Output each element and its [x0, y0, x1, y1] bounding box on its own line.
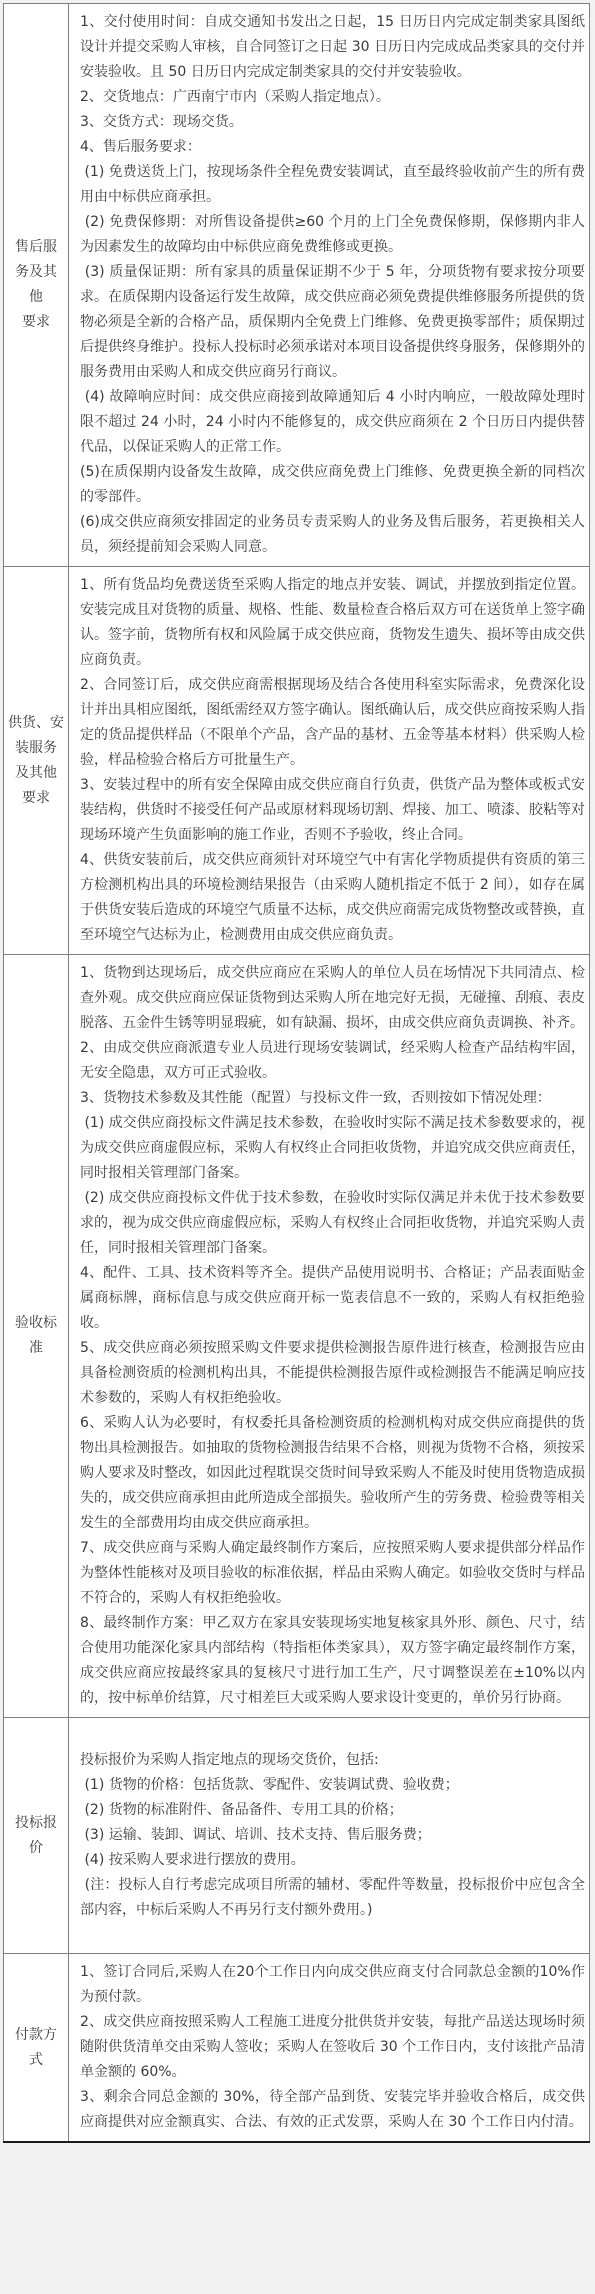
- table-row: 售后服 务及其 他 要求1、交付使用时间：自成交通知书发出之日起，15 日历日内…: [4, 4, 590, 567]
- paragraph: 2、交货地点：广西南宁市内（采购人指定地点）。: [80, 85, 585, 110]
- row-content: 1、交付使用时间：自成交通知书发出之日起，15 日历日内完成定制类家具图纸设计并…: [69, 4, 590, 567]
- row-content: 1、所有货品均免费送货至采购人指定的地点并安装、调试，并摆放到指定位置。安装完成…: [69, 567, 590, 955]
- paragraph: (6)成交供应商须安排固定的业务员专责采购人的业务及售后服务，若更换相关人员，须…: [80, 510, 585, 560]
- row-content: 投标报价为采购人指定地点的现场交货价，包括: (1) 货物的价格：包括货款、零配…: [69, 1718, 590, 1954]
- paragraph: 6、采购人认为必要时，有权委托具备检测资质的检测机构对成交供应商提供的货物出具检…: [80, 1411, 585, 1536]
- row-label: 付款方 式: [4, 1954, 69, 2143]
- paragraph: 3、剩余合同总金额的 30%，待全部产品到货、安装完毕并验收合格后，成交供应商提…: [80, 2085, 585, 2135]
- paragraph: 1、签订合同后,采购人在20个工作日内向成交供应商支付合同款总金额的10%作为预…: [80, 1960, 585, 2010]
- paragraph: (2) 货物的标准附件、备品备件、专用工具的价格；: [80, 1798, 585, 1823]
- paragraph: 1、所有货品均免费送货至采购人指定的地点并安装、调试，并摆放到指定位置。安装完成…: [80, 573, 585, 673]
- paragraph: 2、由成交供应商派遣专业人员进行现场安装调试，经采购人检查产品结构牢固，无安全隐…: [80, 1036, 585, 1086]
- paragraph: (1) 成交供应商投标文件满足技术参数，在验收时实际不满足技术参数要求的，视为成…: [80, 1111, 585, 1186]
- paragraph: (3) 运输、装卸、调试、培训、技术支持、售后服务费；: [80, 1823, 585, 1848]
- paragraph: (注：投标人自行考虑完成项目所需的辅材、零配件等数量，投标报价中应包含全部内容，…: [80, 1873, 585, 1923]
- paragraph: 4、配件、工具、技术资料等齐全。提供产品使用说明书、合格证；产品表面贴金属商标牌…: [80, 1261, 585, 1336]
- paragraph: 4、供货安装前后，成交供应商须针对环境空气中有害化学物质提供有资质的第三方检测机…: [80, 848, 585, 948]
- paragraph: (2) 免费保修期：对所售设备提供≥60 个月的上门全免费保修期，保修期内非人为…: [80, 210, 585, 260]
- paragraph: 3、安装过程中的所有安全保障由成交供应商自行负责，供货产品为整体或板式安装结构，…: [80, 773, 585, 848]
- requirements-table: 售后服 务及其 他 要求1、交付使用时间：自成交通知书发出之日起，15 日历日内…: [3, 3, 590, 2143]
- paragraph: (1) 货物的价格：包括货款、零配件、安装调试费、验收费；: [80, 1773, 585, 1798]
- paragraph: 8、最终制作方案：甲乙双方在家具安装现场实地复核家具外形、颜色、尺寸，结合使用功…: [80, 1611, 585, 1711]
- row-content: 1、货物到达现场后，成交供应商应在采购人的单位人员在场情况下共同清点、检查外观。…: [69, 955, 590, 1718]
- paragraph: 投标报价为采购人指定地点的现场交货价，包括:: [80, 1748, 585, 1773]
- paragraph: (1) 免费送货上门，按现场条件全程免费安装调试，直至最终验收前产生的所有费用由…: [80, 160, 585, 210]
- paragraph: (3) 质量保证期：所有家具的质量保证期不少于 5 年，分项货物有要求按分项要求…: [80, 260, 585, 385]
- table-row: 投标报 价投标报价为采购人指定地点的现场交货价，包括: (1) 货物的价格：包括…: [4, 1718, 590, 1954]
- paragraph: 2、合同签订后，成交供应商需根据现场及结合各使用科室实际需求，免费深化设计并出具…: [80, 673, 585, 773]
- row-content: 1、签订合同后,采购人在20个工作日内向成交供应商支付合同款总金额的10%作为预…: [69, 1954, 590, 2143]
- paragraph: 7、成交供应商与采购人确定最终制作方案后，应按照采购人要求提供部分样品作为整体性…: [80, 1536, 585, 1611]
- paragraph: 1、交付使用时间：自成交通知书发出之日起，15 日历日内完成定制类家具图纸设计并…: [80, 10, 585, 85]
- paragraph: 2、成交供应商按照采购人工程施工进度分批供货并安装，每批产品送达现场时须随附供货…: [80, 2010, 585, 2085]
- row-label: 验收标 准: [4, 955, 69, 1718]
- paragraph: 4、售后服务要求：: [80, 135, 585, 160]
- paragraph: (5)在质保期内设备发生故障，成交供应商免费上门维修、免费更换全新的同档次的零部…: [80, 460, 585, 510]
- document-page: 售后服 务及其 他 要求1、交付使用时间：自成交通知书发出之日起，15 日历日内…: [0, 0, 595, 2146]
- row-label: 投标报 价: [4, 1718, 69, 1954]
- paragraph: 1、货物到达现场后，成交供应商应在采购人的单位人员在场情况下共同清点、检查外观。…: [80, 961, 585, 1036]
- paragraph: 3、交货方式：现场交货。: [80, 110, 585, 135]
- requirements-table-body: 售后服 务及其 他 要求1、交付使用时间：自成交通知书发出之日起，15 日历日内…: [4, 4, 590, 2143]
- paragraph: (2) 成交供应商投标文件优于技术参数，在验收时实际仅满足并未优于技术参数要求的…: [80, 1186, 585, 1261]
- paragraph: 5、成交供应商必须按照采购文件要求提供检测报告原件进行核查，检测报告应由具备检测…: [80, 1336, 585, 1411]
- paragraph: (4) 故障响应时间：成交供应商接到故障通知后 4 小时内响应，一般故障处理时限…: [80, 385, 585, 460]
- row-label: 售后服 务及其 他 要求: [4, 4, 69, 567]
- table-row: 供货、安 装服务 及其他 要求1、所有货品均免费送货至采购人指定的地点并安装、调…: [4, 567, 590, 955]
- table-row: 验收标 准1、货物到达现场后，成交供应商应在采购人的单位人员在场情况下共同清点、…: [4, 955, 590, 1718]
- table-row: 付款方 式1、签订合同后,采购人在20个工作日内向成交供应商支付合同款总金额的1…: [4, 1954, 590, 2143]
- paragraph: 3、货物技术参数及其性能（配置）与投标文件一致，否则按如下情况处理：: [80, 1086, 585, 1111]
- row-label: 供货、安 装服务 及其他 要求: [4, 567, 69, 955]
- paragraph: (4) 按采购人要求进行摆放的费用。: [80, 1848, 585, 1873]
